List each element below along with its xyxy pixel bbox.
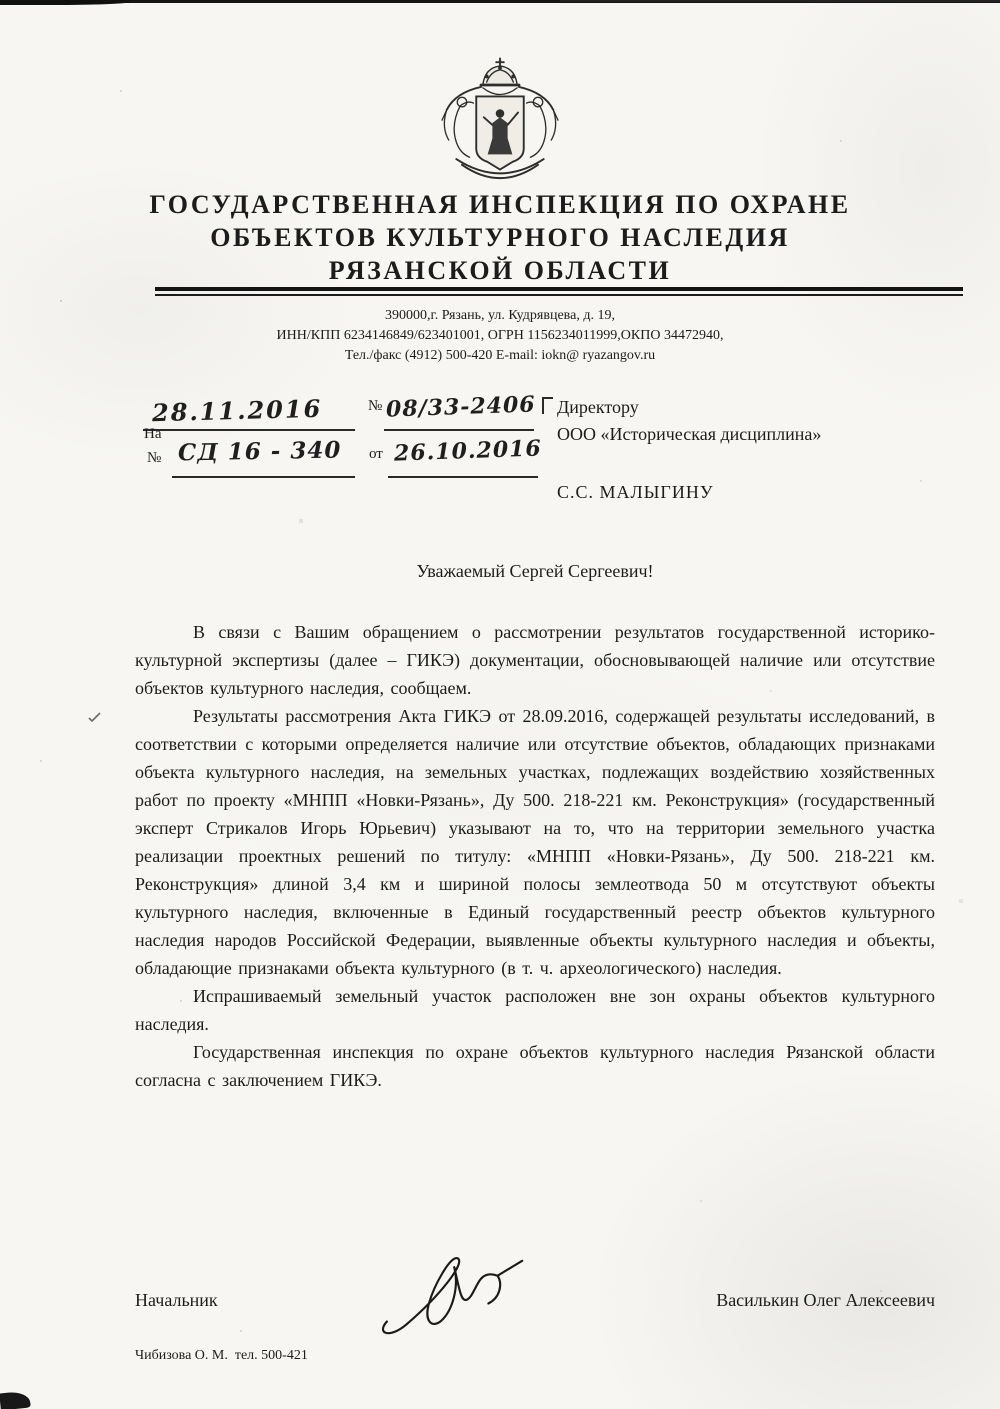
incoming-number-line [172, 476, 355, 478]
body-paragraph: Испрашиваемый земельный участок располож… [135, 982, 935, 1038]
incoming-ref-number-label: № [147, 450, 161, 467]
scan-edge-artifact [560, 0, 1000, 2]
body-paragraph: В связи с Вашим обращением о рассмотрени… [135, 618, 935, 702]
organization-contacts: 390000,г. Рязань, ул. Кудрявцева, д. 19,… [0, 306, 1000, 366]
outgoing-number-handwritten: 08/33-2406 [386, 391, 536, 422]
addressee-block: Директору ООО «Историческая дисциплина» [557, 394, 957, 448]
outgoing-date-line [143, 429, 355, 431]
incoming-date-line [388, 476, 538, 478]
scanned-letter-page: ГОСУДАРСТВЕННАЯ ИНСПЕКЦИЯ ПО ОХРАНЕ ОБЪЕ… [0, 0, 1000, 1409]
org-name-line: РЯЗАНСКОЙ ОБЛАСТИ [0, 254, 1000, 287]
scan-corner-artifact [0, 1390, 31, 1409]
letterhead-divider [155, 287, 963, 296]
outgoing-number-line [384, 429, 534, 431]
letterhead-emblem [0, 54, 1000, 197]
signer-position: Начальник [135, 1290, 218, 1311]
addressee-corner-bracket-icon [542, 397, 553, 414]
executor-contact: Чибизова О. М. тел. 500-421 [135, 1348, 308, 1364]
addressee-position: Директору [557, 394, 957, 421]
pen-tick-artifact-icon [88, 712, 102, 723]
body-paragraph: Государственная инспекция по охране объе… [135, 1038, 935, 1094]
address-line: 390000,г. Рязань, ул. Кудрявцева, д. 19, [0, 306, 1000, 326]
address-line: ИНН/КПП 6234146849/623401001, ОГРН 11562… [0, 326, 1000, 346]
signer-name: Василькин Олег Алексеевич [535, 1290, 935, 1311]
salutation: Уважаемый Сергей Сергеевич! [135, 561, 935, 582]
org-name-line: ОБЪЕКТОВ КУЛЬТУРНОГО НАСЛЕДИЯ [0, 221, 1000, 254]
organization-name: ГОСУДАРСТВЕННАЯ ИНСПЕКЦИЯ ПО ОХРАНЕ ОБЪЕ… [0, 188, 1000, 287]
addressee-name: С.С. МАЛЫГИНУ [557, 482, 714, 503]
ryazan-coat-of-arms-icon [424, 54, 576, 192]
handwritten-signature-icon [370, 1250, 559, 1340]
outgoing-date-handwritten: 28.11.2016 [152, 394, 323, 427]
org-name-line: ГОСУДАРСТВЕННАЯ ИНСПЕКЦИЯ ПО ОХРАНЕ [0, 188, 1000, 221]
address-line: Тел./факс (4912) 500-420 E-mail: iokn@ r… [0, 346, 1000, 366]
body-paragraph: Результаты рассмотрения Акта ГИКЭ от 28.… [135, 702, 935, 982]
incoming-date-handwritten: 26.10.2016 [394, 435, 543, 466]
outgoing-number-label: № [368, 398, 382, 415]
incoming-date-label: от [369, 446, 383, 463]
addressee-organization: ООО «Историческая дисциплина» [557, 421, 957, 448]
scan-edge-artifact [0, 0, 130, 5]
scan-noise [0, 0, 2, 2]
incoming-ref-label: На [144, 426, 162, 443]
incoming-number-handwritten: СД 16 - 340 [178, 437, 342, 467]
letter-body: В связи с Вашим обращением о рассмотрени… [135, 618, 935, 1094]
